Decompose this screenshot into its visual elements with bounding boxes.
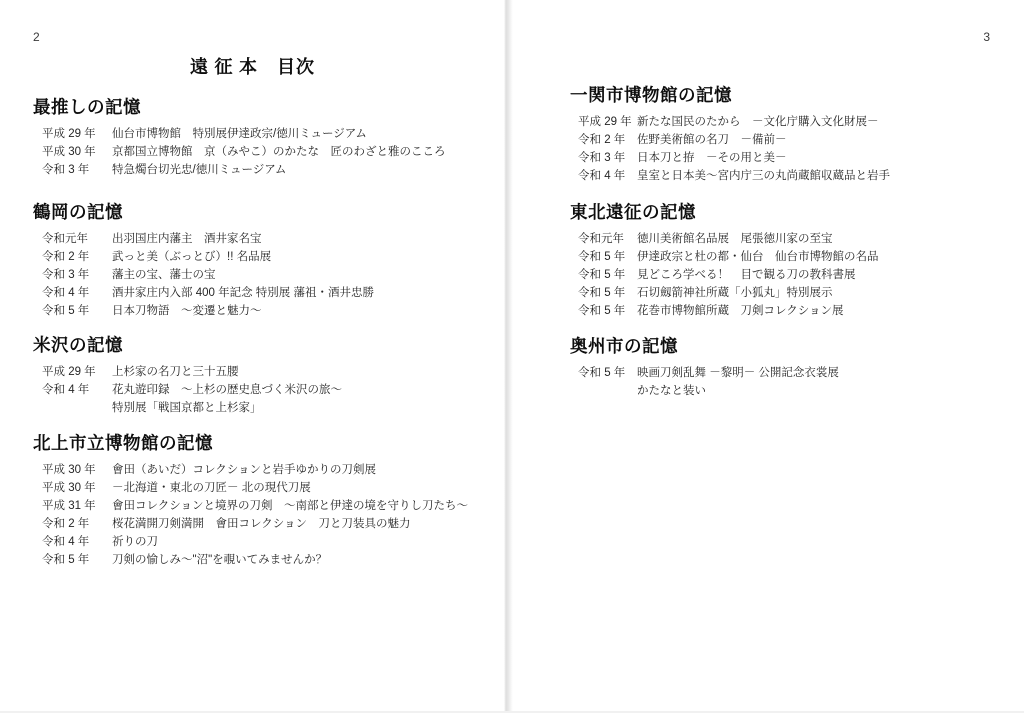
toc-item-year: 令和 2 年: [578, 131, 637, 149]
toc-item: かたなと装い: [570, 382, 1024, 400]
toc-section: 奥州市の記憶令和 5 年映画刀剣乱舞 －黎明－ 公開記念衣裳展かたなと装い: [513, 336, 1024, 400]
toc-item-text: 出羽国庄内藩主 酒井家名宝: [112, 230, 262, 248]
toc-item: 令和 4 年花丸遊印録 ～上杉の歴史息づく米沢の旅～: [33, 381, 505, 399]
toc-item-year: 令和 3 年: [42, 161, 112, 179]
toc-section: 米沢の記憶平成 29 年上杉家の名刀と三十五腰令和 4 年花丸遊印録 ～上杉の歴…: [0, 335, 505, 417]
toc-item-year: 令和 2 年: [42, 515, 112, 533]
section-heading: 鶴岡の記憶: [33, 202, 505, 223]
toc-item: 令和 3 年日本刀と拵 －その用と美－: [570, 149, 1024, 167]
toc-item-text: 日本刀と拵 －その用と美－: [637, 149, 787, 167]
section-heading: 奥州市の記憶: [570, 336, 1024, 357]
toc-item: 令和 4 年酒井家庄内入部 400 年記念 特別展 藩祖・酒井忠勝: [33, 284, 505, 302]
toc-item-year: 令和 5 年: [42, 551, 112, 569]
toc-item: 令和 5 年刀剣の愉しみ～"沼"を覗いてみませんか？: [33, 551, 505, 569]
section-heading: 米沢の記憶: [33, 335, 505, 356]
toc-item: 平成 31 年會田コレクションと境界の刀剣 ～南部と伊達の境を守りし刀たち～: [33, 497, 505, 515]
toc-item: 令和 2 年佐野美術館の名刀 －備前－: [570, 131, 1024, 149]
toc-item-year: 平成 29 年: [42, 363, 112, 381]
page-right: 3 一関市博物館の記憶平成 29 年新たな国民のたから －文化庁購入文化財展－令…: [513, 0, 1024, 713]
toc-section: 最推しの記憶平成 29 年仙台市博物館 特別展伊達政宗/徳川ミュージアム平成 3…: [0, 97, 505, 179]
toc-item: 令和元年出羽国庄内藩主 酒井家名宝: [33, 230, 505, 248]
page-number-right: 3: [983, 30, 990, 44]
toc-item: 令和元年徳川美術館名品展 尾張徳川家の至宝: [570, 230, 1024, 248]
toc-item-year: 令和 5 年: [42, 302, 112, 320]
toc-item-year: 令和 3 年: [578, 149, 637, 167]
toc-item-year: 令和 4 年: [42, 533, 112, 551]
toc-item: 令和 2 年桜花満開刀剣満開 會田コレクション 刀と刀装具の魅力: [33, 515, 505, 533]
toc-item-text: 藩主の宝、藩士の宝: [112, 266, 216, 284]
toc-item-text: 刀剣の愉しみ～"沼"を覗いてみませんか？: [112, 551, 327, 569]
toc-item-year: 令和 3 年: [42, 266, 112, 284]
toc-item: 平成 30 年會田（あいだ）コレクションと岩手ゆかりの刀剣展: [33, 461, 505, 479]
toc-item-text: 仙台市博物館 特別展伊達政宗/徳川ミュージアム: [112, 125, 367, 143]
toc-item: 令和 5 年見どころ学べる！ 目で観る刀の教科書展: [570, 266, 1024, 284]
toc-item-text: 伊達政宗と杜の都・仙台 仙台市博物館の名品: [637, 248, 879, 266]
page-gutter: [504, 0, 513, 713]
toc-item: 令和 3 年特急燭台切光忠/徳川ミュージアム: [33, 161, 505, 179]
document-title: 遠 征 本 目次: [0, 53, 505, 79]
toc-section: 北上市立博物館の記憶平成 30 年會田（あいだ）コレクションと岩手ゆかりの刀剣展…: [0, 433, 505, 569]
section-heading: 東北遠征の記憶: [570, 202, 1024, 223]
toc-item-text: 映画刀剣乱舞 －黎明－ 公開記念衣裳展: [637, 364, 839, 382]
toc-item-year: 令和元年: [578, 230, 637, 248]
toc-item-text: 日本刀物語 ～変遷と魅力～: [112, 302, 262, 320]
toc-item: 令和 5 年石切劔箭神社所蔵「小狐丸」特別展示: [570, 284, 1024, 302]
toc-item-text: 特急燭台切光忠/徳川ミュージアム: [112, 161, 286, 179]
toc-item-year: [42, 399, 112, 417]
toc-item-text: 徳川美術館名品展 尾張徳川家の至宝: [637, 230, 833, 248]
toc-item-text: 花丸遊印録 ～上杉の歴史息づく米沢の旅～: [112, 381, 342, 399]
toc-item: 令和 5 年日本刀物語 ～変遷と魅力～: [33, 302, 505, 320]
toc-item-text: 武っと美（ぶっとび）!! 名品展: [112, 248, 271, 266]
toc-item-text: 花巻市博物館所蔵 刀剣コレクション展: [637, 302, 844, 320]
document-spread: 2 遠 征 本 目次 最推しの記憶平成 29 年仙台市博物館 特別展伊達政宗/徳…: [0, 0, 1024, 713]
toc-item-year: 令和 5 年: [578, 248, 637, 266]
toc-item-year: 平成 31 年: [42, 497, 112, 515]
toc-item: 令和 5 年映画刀剣乱舞 －黎明－ 公開記念衣裳展: [570, 364, 1024, 382]
toc-item: 平成 30 年－北海道・東北の刀匠－ 北の現代刀展: [33, 479, 505, 497]
toc-item-year: 令和元年: [42, 230, 112, 248]
toc-item-year: 令和 5 年: [578, 266, 637, 284]
toc-section: 東北遠征の記憶令和元年徳川美術館名品展 尾張徳川家の至宝令和 5 年伊達政宗と杜…: [513, 202, 1024, 320]
page-left: 2 遠 征 本 目次 最推しの記憶平成 29 年仙台市博物館 特別展伊達政宗/徳…: [0, 0, 505, 713]
toc-item: 令和 3 年藩主の宝、藩士の宝: [33, 266, 505, 284]
toc-item: 令和 5 年花巻市博物館所蔵 刀剣コレクション展: [570, 302, 1024, 320]
toc-item-text: 新たな国民のたから －文化庁購入文化財展－: [637, 113, 879, 131]
toc-item: 令和 4 年皇室と日本美～宮内庁三の丸尚蔵館収蔵品と岩手: [570, 167, 1024, 185]
toc-item-text: 上杉家の名刀と三十五腰: [112, 363, 239, 381]
toc-item: 令和 2 年武っと美（ぶっとび）!! 名品展: [33, 248, 505, 266]
toc-item: 平成 29 年上杉家の名刀と三十五腰: [33, 363, 505, 381]
toc-item-year: 平成 29 年: [578, 113, 637, 131]
toc-item-year: 平成 30 年: [42, 143, 112, 161]
toc-item-year: 令和 4 年: [42, 284, 112, 302]
toc-item-text: 皇室と日本美～宮内庁三の丸尚蔵館収蔵品と岩手: [637, 167, 890, 185]
toc-item-year: 令和 4 年: [578, 167, 637, 185]
toc-item: 特別展「戦国京都と上杉家」: [33, 399, 505, 417]
toc-item: 平成 29 年仙台市博物館 特別展伊達政宗/徳川ミュージアム: [33, 125, 505, 143]
toc-item-year: 令和 5 年: [578, 364, 637, 382]
toc-item-text: 佐野美術館の名刀 －備前－: [637, 131, 787, 149]
toc-item-year: 令和 5 年: [578, 284, 637, 302]
section-heading: 最推しの記憶: [33, 97, 505, 118]
toc-item-text: 石切劔箭神社所蔵「小狐丸」特別展示: [637, 284, 833, 302]
toc-item-text: 酒井家庄内入部 400 年記念 特別展 藩祖・酒井忠勝: [112, 284, 374, 302]
toc-item-year: 令和 2 年: [42, 248, 112, 266]
page-number-left: 2: [33, 30, 40, 44]
toc-item-text: 京都国立博物館 京（みやこ）のかたな 匠のわざと雅のこころ: [112, 143, 446, 161]
toc-item-year: 令和 5 年: [578, 302, 637, 320]
toc-item-text: 桜花満開刀剣満開 會田コレクション 刀と刀装具の魅力: [112, 515, 411, 533]
toc-section: 鶴岡の記憶令和元年出羽国庄内藩主 酒井家名宝令和 2 年武っと美（ぶっとび）!!…: [0, 202, 505, 320]
toc-item-text: 見どころ学べる！ 目で観る刀の教科書展: [637, 266, 856, 284]
toc-item-text: 特別展「戦国京都と上杉家」: [112, 399, 262, 417]
toc-item-text: かたなと装い: [637, 382, 706, 400]
toc-item-year: [578, 382, 637, 400]
toc-item-year: 平成 30 年: [42, 461, 112, 479]
toc-item-text: －北海道・東北の刀匠－ 北の現代刀展: [112, 479, 311, 497]
toc-item: 平成 30 年京都国立博物館 京（みやこ）のかたな 匠のわざと雅のこころ: [33, 143, 505, 161]
toc-item-year: 平成 29 年: [42, 125, 112, 143]
toc-item-year: 平成 30 年: [42, 479, 112, 497]
toc-item-text: 會田（あいだ）コレクションと岩手ゆかりの刀剣展: [112, 461, 376, 479]
section-heading: 北上市立博物館の記憶: [33, 433, 505, 454]
toc-item: 平成 29 年新たな国民のたから －文化庁購入文化財展－: [570, 113, 1024, 131]
toc-section: 一関市博物館の記憶平成 29 年新たな国民のたから －文化庁購入文化財展－令和 …: [513, 85, 1024, 185]
section-heading: 一関市博物館の記憶: [570, 85, 1024, 106]
toc-item-text: 祈りの刀: [112, 533, 158, 551]
toc-item: 令和 5 年伊達政宗と杜の都・仙台 仙台市博物館の名品: [570, 248, 1024, 266]
toc-item-text: 會田コレクションと境界の刀剣 ～南部と伊達の境を守りし刀たち～: [112, 497, 468, 515]
toc-item: 令和 4 年祈りの刀: [33, 533, 505, 551]
toc-item-year: 令和 4 年: [42, 381, 112, 399]
